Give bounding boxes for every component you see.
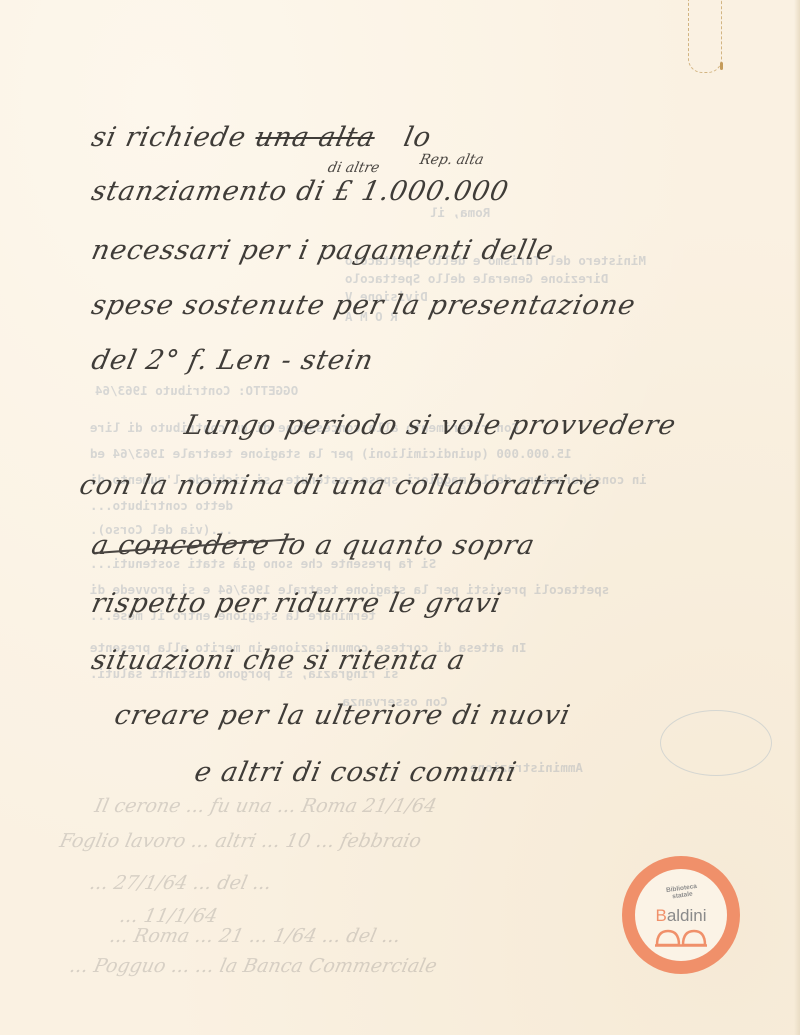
faint-handwriting-line: ... Pogguo ... ... la Banca Commerciale: [68, 955, 439, 977]
handwriting-line-1: si richiede una alta lo: [89, 122, 435, 153]
handwriting-line-7: con la nomina di una collaboratrice: [77, 470, 604, 501]
handwriting-line-12: e altri di costi comuni: [192, 757, 520, 788]
handwriting-line-9: rispetto per ridurre le gravi: [89, 588, 505, 619]
logo-inner: Biblioteca statale Baldini: [635, 869, 727, 961]
handwriting-line-10: situazioni che si ritenta a: [89, 645, 469, 676]
book-icon: [655, 927, 707, 947]
document-page: Roma, il Ministero del Turismo e dello S…: [0, 0, 800, 1035]
handwriting-line-3: necessari per i pagamenti delle: [89, 235, 557, 266]
handwriting-line-4: spese sostenute per la presentazione: [89, 290, 639, 321]
library-logo: Biblioteca statale Baldini: [622, 856, 740, 974]
faint-handwriting-line: Il cerone ... fu una ... Roma 21/1/64: [93, 795, 439, 817]
handwriting-line-8: a concedere lo a quanto sopra: [89, 530, 538, 561]
handwriting-line-6: Lungo periodo si vole provvedere: [182, 410, 679, 441]
faint-handwriting-line: ... Roma ... 21 ... 1/64 ... del ...: [108, 925, 403, 947]
handwriting-line-2: stanziamento di £ 1.000.000: [89, 176, 512, 207]
logo-subtitle: Biblioteca statale: [656, 882, 707, 903]
bleed-line: OGGETTO: Contributo 1963/64: [95, 383, 298, 398]
bleed-line: 15.000.000 (quindicimilioni) per la stag…: [90, 446, 572, 461]
handwriting-line-11: creare per la ulteriore di nuovi: [112, 700, 574, 731]
bleed-line: Direzione Generale dello Spettacolo: [345, 271, 608, 286]
hw-struck-text: una alta: [252, 122, 378, 153]
faint-handwriting-line: ... 11/1/64: [118, 905, 220, 927]
hw-text: si richiede: [89, 122, 250, 153]
hw-insertion: di altre: [326, 160, 381, 176]
faint-handwriting-line: ... 27/1/64 ... del ...: [88, 872, 274, 894]
stamp: [660, 710, 772, 776]
handwriting-line-5: del 2° f. Len - stein: [89, 345, 377, 376]
hw-text: a concedere lo a quanto sopra: [89, 530, 538, 561]
faint-handwriting-line: Foglio lavoro ... altri ... 10 ... febbr…: [58, 830, 424, 852]
logo-name: Baldini: [635, 906, 727, 926]
bleed-line: Roma, il: [430, 205, 490, 220]
hw-insertion: Rep. alta: [418, 152, 485, 168]
